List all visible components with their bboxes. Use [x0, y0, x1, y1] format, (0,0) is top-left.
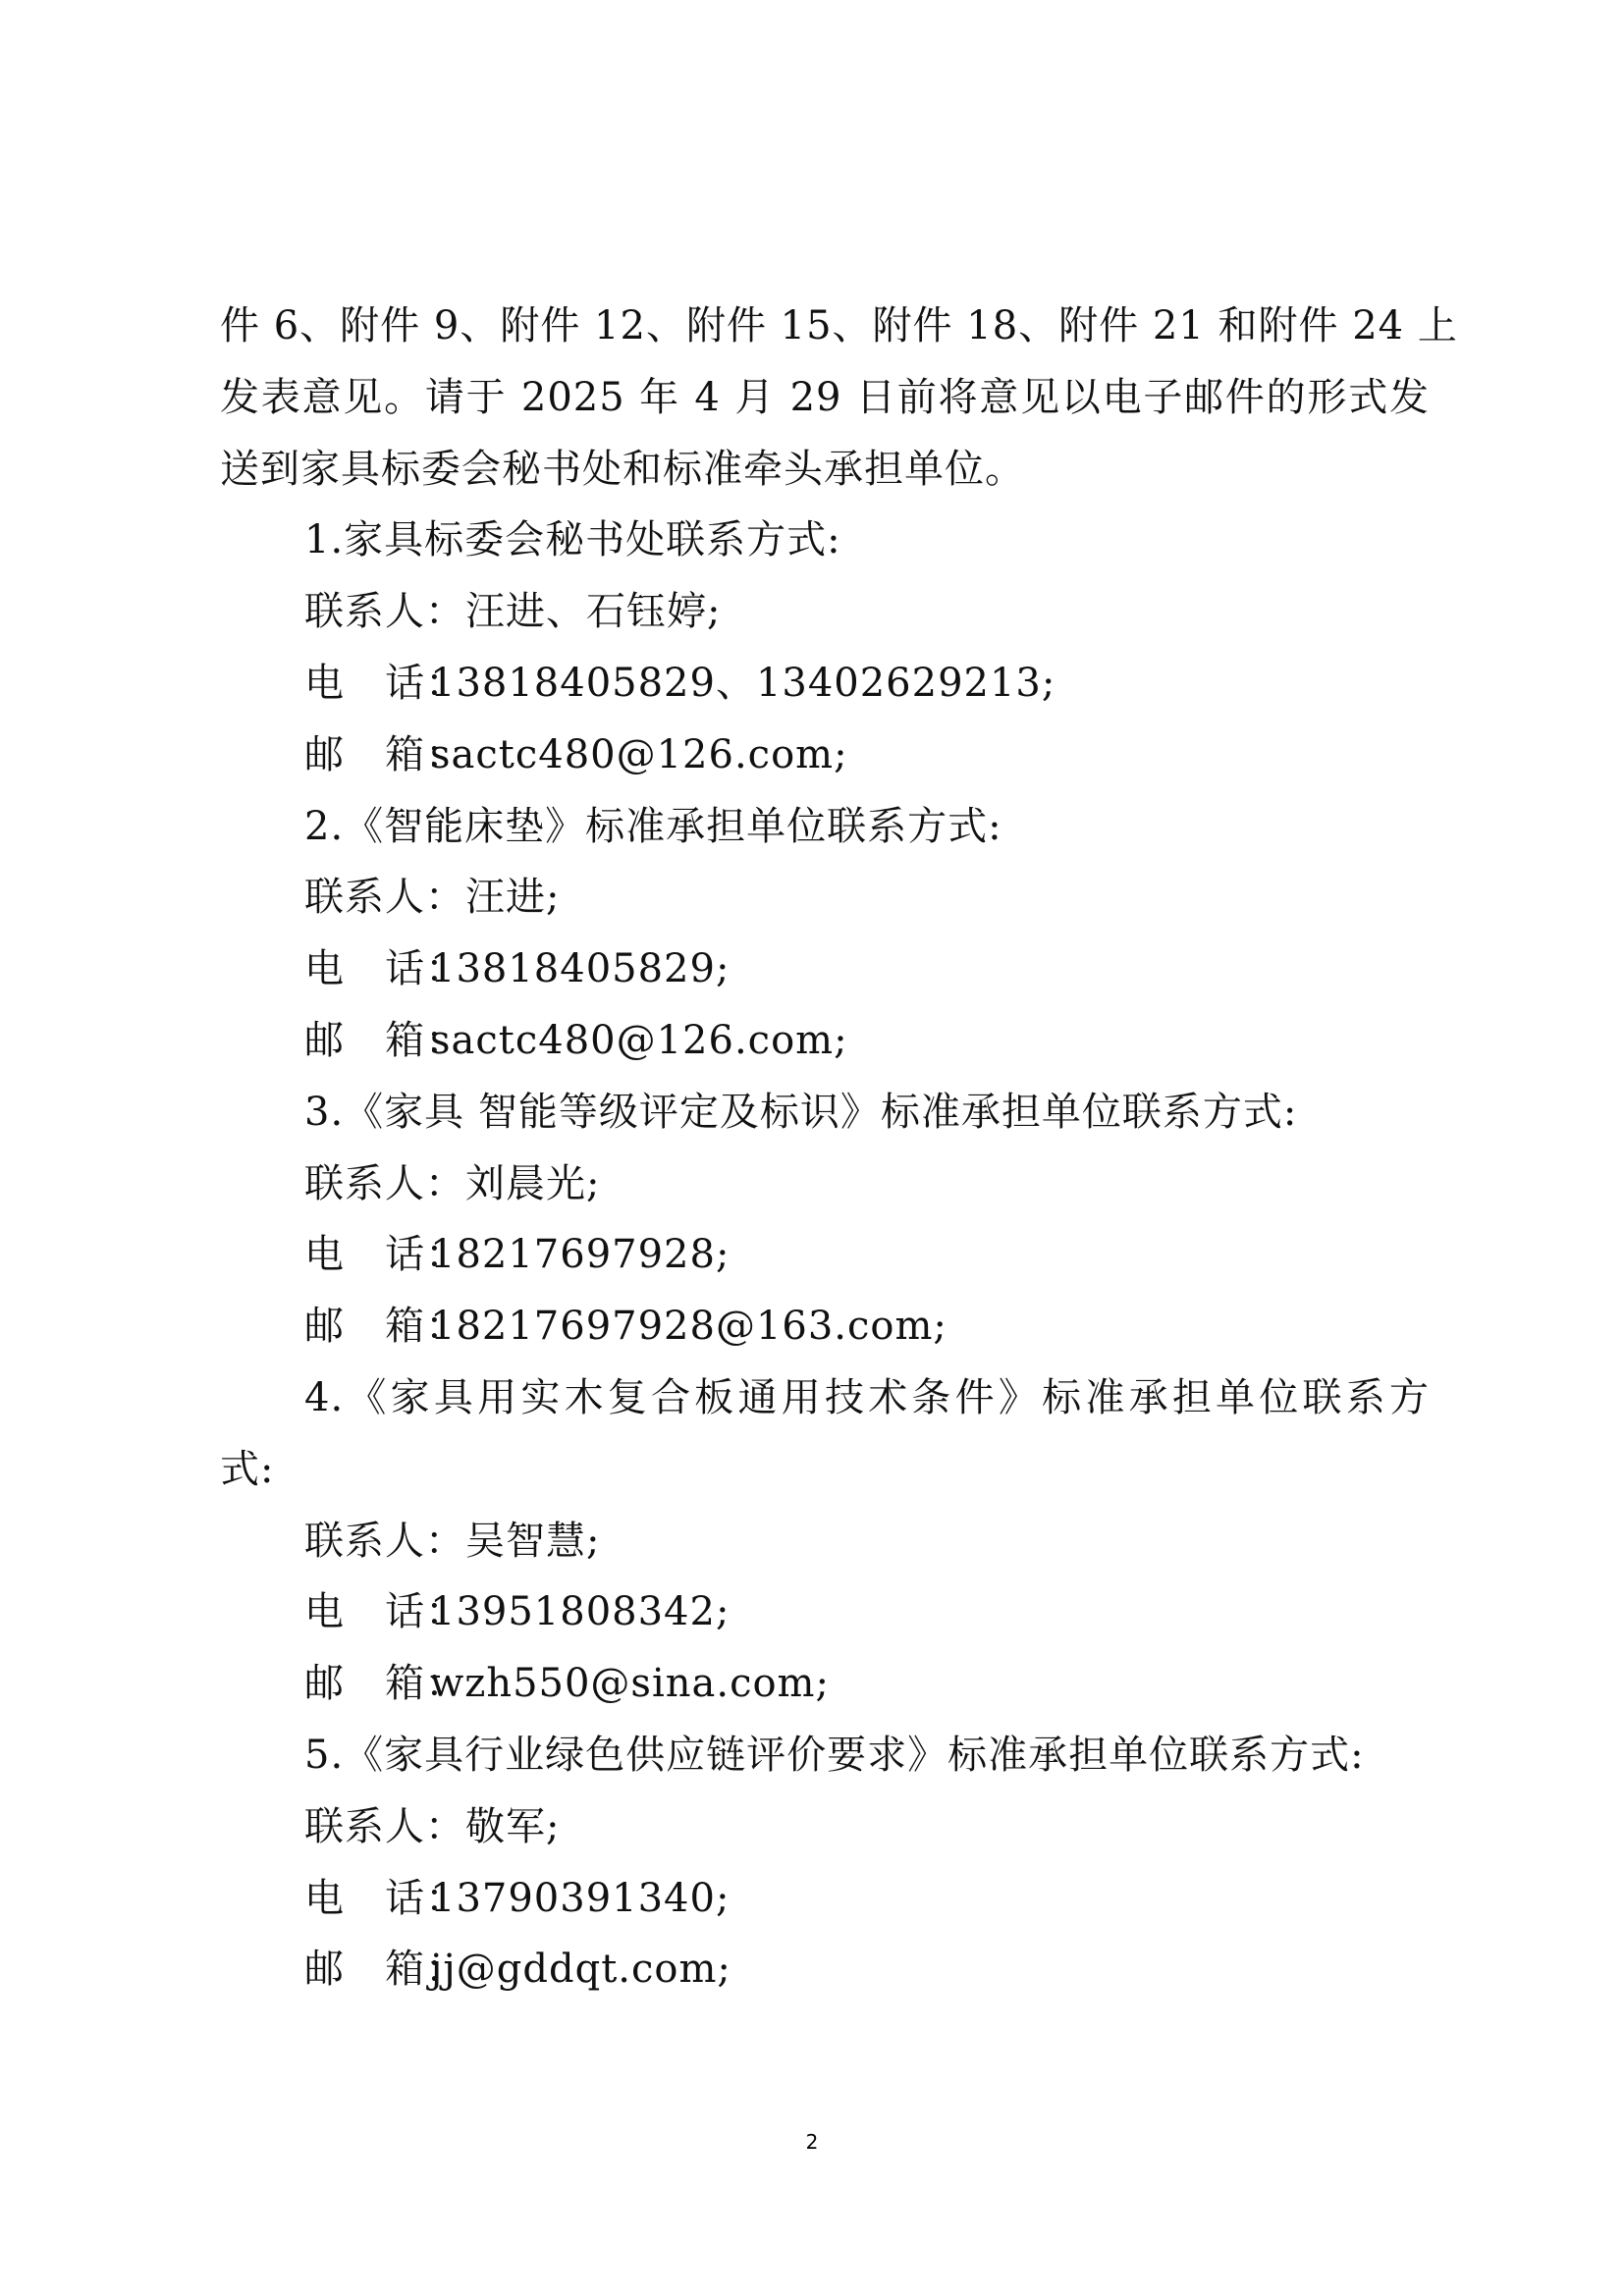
- contact-value: 刘晨光;: [465, 1161, 600, 1206]
- section-3-phone: 电 话：18217697928;: [220, 1219, 1430, 1291]
- intro-line-2: 发表意见。请于 2025 年 4 月 29 日前将意见以电子邮件的形式发: [220, 362, 1430, 434]
- email-value: sactc480@126.com;: [430, 732, 848, 777]
- section-4-contact: 联系人：吴智慧;: [220, 1506, 1430, 1577]
- section-1-phone: 电 话：13818405829、13402629213;: [220, 648, 1430, 720]
- section-3-contact: 联系人：刘晨光;: [220, 1148, 1430, 1220]
- email-label: 邮 箱：: [304, 1291, 430, 1362]
- section-2-contact: 联系人：汪进;: [220, 862, 1430, 934]
- contact-label: 联系人：: [304, 875, 465, 920]
- email-label: 邮 箱：: [304, 1005, 430, 1077]
- page-number: 2: [0, 2130, 1624, 2154]
- section-1-contact: 联系人：汪进、石钰婷;: [220, 576, 1430, 648]
- phone-value: 18217697928;: [430, 1232, 730, 1277]
- email-value: sactc480@126.com;: [430, 1018, 848, 1063]
- section-2-email: 邮 箱：sactc480@126.com;: [220, 1005, 1430, 1077]
- section-4-heading-cont: 式:: [220, 1434, 1430, 1506]
- section-5-email: 邮 箱：jj@gddqt.com;: [220, 1934, 1430, 2005]
- section-2-heading: 2.《智能床垫》标准承担单位联系方式:: [220, 791, 1430, 863]
- contact-value: 吴智慧;: [465, 1519, 600, 1564]
- email-label: 邮 箱：: [304, 1648, 430, 1720]
- document-page: 件 6、附件 9、附件 12、附件 15、附件 18、附件 21 和附件 24 …: [0, 0, 1624, 2296]
- section-1-heading: 1.家具标委会秘书处联系方式:: [220, 505, 1430, 576]
- section-2-phone: 电 话：13818405829;: [220, 934, 1430, 1005]
- section-4-heading: 4.《家具用实木复合板通用技术条件》标准承担单位联系方: [220, 1362, 1430, 1434]
- contact-label: 联系人：: [304, 589, 465, 634]
- contact-value: 汪进、石钰婷;: [465, 589, 721, 634]
- section-4-phone: 电 话：13951808342;: [220, 1576, 1430, 1648]
- contact-value: 敬军;: [465, 1804, 560, 1849]
- email-label: 邮 箱：: [304, 720, 430, 791]
- phone-label: 电 话：: [304, 1576, 430, 1648]
- phone-label: 电 话：: [304, 934, 430, 1005]
- phone-label-a: 电 话：: [304, 648, 430, 720]
- phone-value: 13790391340;: [430, 1876, 730, 1921]
- phone-value: 13818405829、13402629213;: [430, 661, 1056, 706]
- section-1-email: 邮 箱：sactc480@126.com;: [220, 720, 1430, 791]
- email-label: 邮 箱：: [304, 1934, 430, 2005]
- phone-value: 13951808342;: [430, 1589, 730, 1634]
- section-3-heading: 3.《家具 智能等级评定及标识》标准承担单位联系方式:: [220, 1077, 1430, 1148]
- section-5-heading: 5.《家具行业绿色供应链评价要求》标准承担单位联系方式:: [220, 1720, 1430, 1791]
- contact-value: 汪进;: [465, 875, 560, 920]
- contact-label: 联系人：: [304, 1161, 465, 1206]
- document-body: 件 6、附件 9、附件 12、附件 15、附件 18、附件 21 和附件 24 …: [220, 291, 1430, 2005]
- contact-label: 联系人：: [304, 1804, 465, 1849]
- email-value: 18217697928@163.com;: [430, 1304, 947, 1349]
- intro-line-1: 件 6、附件 9、附件 12、附件 15、附件 18、附件 21 和附件 24 …: [220, 291, 1430, 362]
- section-5-phone: 电 话：13790391340;: [220, 1863, 1430, 1935]
- email-value: jj@gddqt.com;: [430, 1947, 731, 1992]
- phone-label: 电 话：: [304, 1219, 430, 1291]
- phone-label: 电 话：: [304, 1863, 430, 1935]
- intro-line-3: 送到家具标委会秘书处和标准牵头承担单位。: [220, 434, 1430, 506]
- email-value: wzh550@sina.com;: [430, 1661, 830, 1706]
- section-5-contact: 联系人：敬军;: [220, 1791, 1430, 1863]
- contact-label: 联系人：: [304, 1519, 465, 1564]
- section-4-email: 邮 箱：wzh550@sina.com;: [220, 1648, 1430, 1720]
- section-3-email: 邮 箱：18217697928@163.com;: [220, 1291, 1430, 1362]
- phone-value: 13818405829;: [430, 946, 730, 991]
